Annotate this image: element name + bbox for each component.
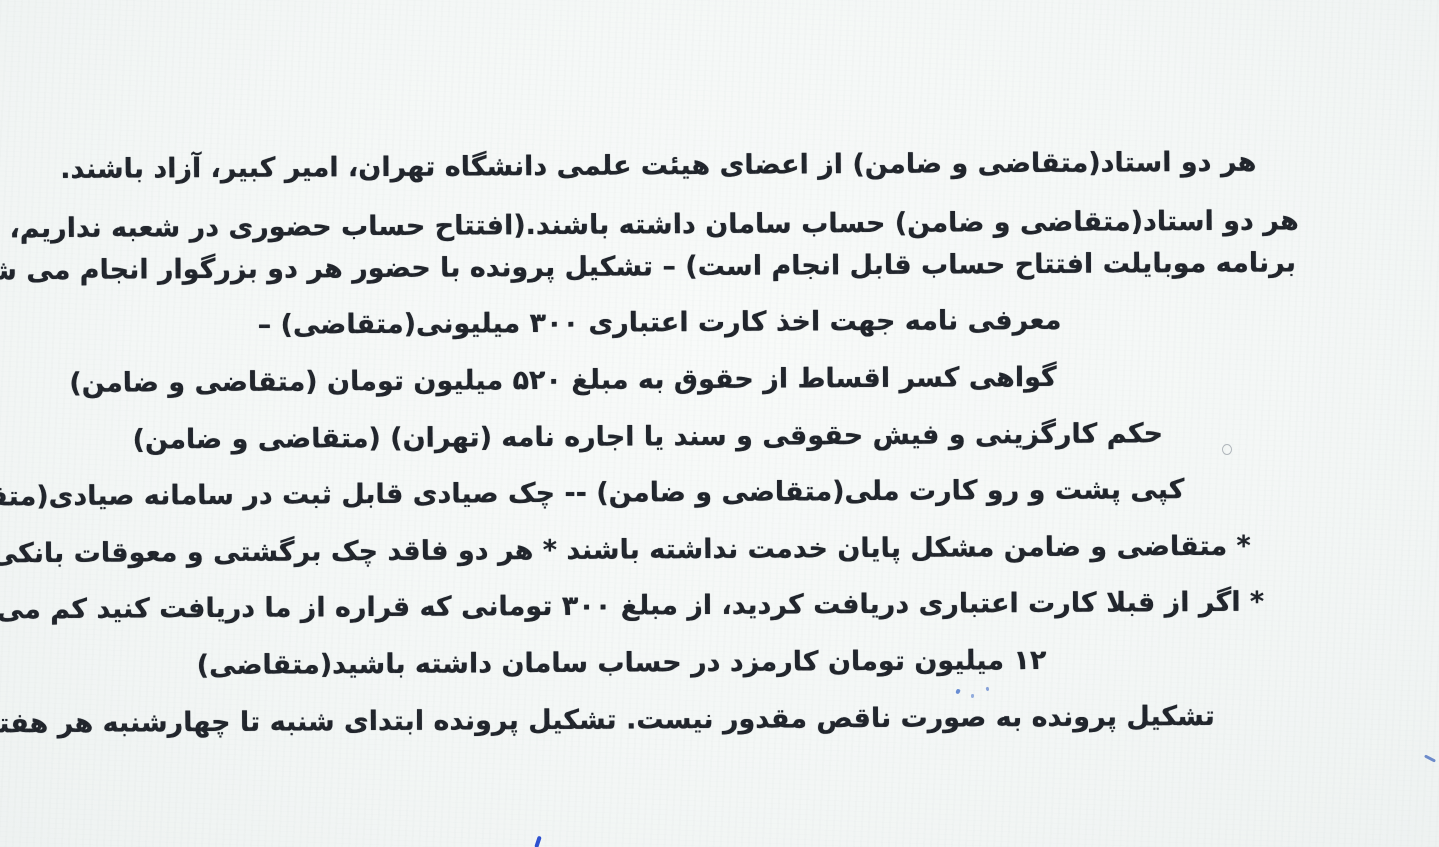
doc-line-5: گواهی کسر اقساط از حقوق به مبلغ ۵۲۰ میلی… (69, 357, 1057, 405)
doc-line-10: ۱۲ میلیون تومان کارمزد در حساب سامان داش… (197, 640, 1047, 687)
scanned-document-page: هر دو استاد(متقاضی و ضامن) از اعضای هیئت… (0, 0, 1439, 847)
doc-line-11: تشکیل پرونده به صورت ناقص مقدور نیست. تش… (0, 696, 1215, 746)
doc-line-6: حکم کارگزینی و فیش حقوقی و سند یا اجاره … (133, 413, 1164, 461)
doc-line-8: * متقاضی و ضامن مشکل پایان خدمت نداشته ب… (0, 526, 1251, 576)
doc-line-4: معرفی نامه جهت اخذ کارت اعتباری ۳۰۰ میلی… (258, 300, 1062, 347)
doc-line-1: هر دو استاد(متقاضی و ضامن) از اعضای هیئت… (60, 142, 1256, 191)
doc-line-3: برنامه موبایلت افتتاح حساب قابل انجام اس… (0, 242, 1296, 292)
document-text-block: هر دو استاد(متقاضی و ضامن) از اعضای هیئت… (0, 0, 1439, 847)
doc-line-9: * اگر از قبلا کارت اعتباری دریافت کردید،… (0, 582, 1264, 632)
doc-line-7: کپی پشت و رو کارت ملی(متقاضی و ضامن) -- … (0, 469, 1185, 519)
